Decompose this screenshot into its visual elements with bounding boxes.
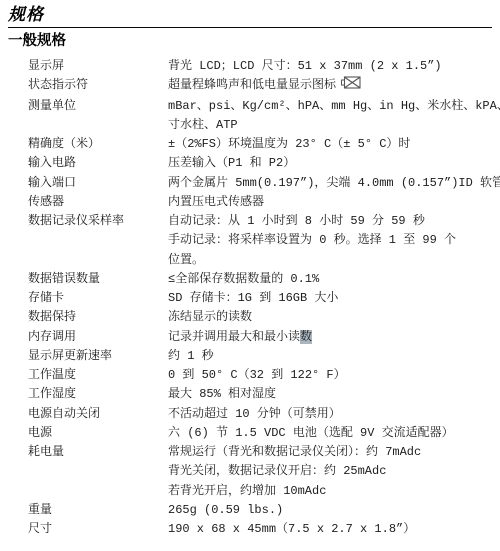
spec-value: 六 (6) 节 1.5 VDC 电池（选配 9V 交流适配器） (168, 424, 494, 443)
spec-label: 输入端口 (28, 174, 168, 193)
spec-label: 内存调用 (28, 328, 168, 347)
spec-value-line: mBar、psi、Kg/cm²、hPA、mm Hg、in Hg、米水柱、kPA、… (168, 97, 494, 116)
spec-row: 重量265g (0.59 lbs.) (28, 501, 494, 520)
spec-value: 自动记录：从 1 小时到 8 小时 59 分 59 秒手动记录：将采样率设置为 … (168, 212, 494, 270)
spec-row: 尺寸190 x 68 x 45mm（7.5 x 2.7 x 1.8”） (28, 520, 494, 539)
spec-value: 两个金属片 5mm(0.197”)，尖端 4.0mm (0.157”)ID 软管 (168, 174, 494, 193)
page-title: 规格 (8, 4, 494, 26)
spec-value: 内置压电式传感器 (168, 193, 494, 212)
spec-row: 测量单位mBar、psi、Kg/cm²、hPA、mm Hg、in Hg、米水柱、… (28, 97, 494, 136)
spec-value: SD 存储卡：1G 到 16GB 大小 (168, 289, 494, 308)
spec-value: 190 x 68 x 45mm（7.5 x 2.7 x 1.8”） (168, 520, 494, 539)
spec-value: 常规运行（背光和数据记录仪关闭）：约 7mAdc背光关闭，数据记录仪开启：约 2… (168, 443, 494, 501)
spec-row: 显示屏背光 LCD；LCD 尺寸：51 x 37mm (2 x 1.5”) (28, 57, 494, 76)
spec-value-line: 内置压电式传感器 (168, 193, 494, 212)
spec-value: 冻结显示的读数 (168, 308, 494, 327)
value-text: 内置压电式传感器 (168, 195, 264, 209)
spec-value: 0 到 50° C（32 到 122° F） (168, 366, 494, 385)
spec-value-line: SD 存储卡：1G 到 16GB 大小 (168, 289, 494, 308)
spec-row: 数据保持冻结显示的读数 (28, 308, 494, 327)
spec-row: 传感器内置压电式传感器 (28, 193, 494, 212)
spec-row: 工作湿度最大 85% 相对湿度 (28, 385, 494, 404)
spec-value-line: 190 x 68 x 45mm（7.5 x 2.7 x 1.8”） (168, 520, 494, 539)
spec-value-line: 背光 LCD；LCD 尺寸：51 x 37mm (2 x 1.5”) (168, 57, 494, 76)
spec-value-line: 若背光开启，约增加 10mAdc (168, 482, 494, 501)
value-text: 约 1 秒 (168, 349, 214, 363)
spec-label: 存储卡 (28, 289, 168, 308)
spec-value-line: ≤全部保存数据数量的 0.1% (168, 270, 494, 289)
spec-row: 数据错误数量≤全部保存数据数量的 0.1% (28, 270, 494, 289)
spec-label: 电源自动关闭 (28, 405, 168, 424)
spec-row: 输入电路压差输入（P1 和 P2） (28, 154, 494, 173)
spec-label: 数据保持 (28, 308, 168, 327)
spec-table: 显示屏背光 LCD；LCD 尺寸：51 x 37mm (2 x 1.5”)状态指… (8, 57, 494, 539)
spec-value-line: 手动记录：将采样率设置为 0 秒。选择 1 至 99 个 (168, 231, 494, 250)
value-text: 背光 LCD；LCD 尺寸：51 x 37mm (2 x 1.5”) (168, 59, 442, 73)
value-text: ≤全部保存数据数量的 0.1% (168, 272, 319, 286)
section-title: 一般规格 (8, 32, 494, 50)
spec-row: 状态指示符超量程蜂鸣声和低电量显示图标 (28, 76, 494, 96)
low-battery-crossed-icon (341, 76, 361, 96)
spec-value: 不活动超过 10 分钟（可禁用） (168, 405, 494, 424)
value-text: mBar、psi、Kg/cm²、hPA、mm Hg、in Hg、米水柱、kPA、… (168, 99, 500, 113)
spec-label: 尺寸 (28, 520, 168, 539)
spec-value-line: 0 到 50° C（32 到 122° F） (168, 366, 494, 385)
spec-row: 数据记录仪采样率自动记录：从 1 小时到 8 小时 59 分 59 秒手动记录：… (28, 212, 494, 270)
value-text: 手动记录：将采样率设置为 0 秒。选择 1 至 99 个 (168, 233, 456, 247)
value-text: 自动记录：从 1 小时到 8 小时 59 分 59 秒 (168, 214, 425, 228)
spec-value-line: 超量程蜂鸣声和低电量显示图标 (168, 76, 494, 96)
spec-value-line: 自动记录：从 1 小时到 8 小时 59 分 59 秒 (168, 212, 494, 231)
value-text: 不活动超过 10 分钟（可禁用） (168, 407, 341, 421)
value-text: 记录并调用最大和最小读 (168, 330, 300, 344)
spec-row: 显示屏更新速率约 1 秒 (28, 347, 494, 366)
spec-label: 重量 (28, 501, 168, 520)
spec-value: 压差输入（P1 和 P2） (168, 154, 494, 173)
spec-page: 规格 一般规格 显示屏背光 LCD；LCD 尺寸：51 x 37mm (2 x … (0, 0, 500, 539)
spec-value-line: ±（2%FS）环境温度为 23° C（± 5° C）时 (168, 135, 494, 154)
value-text: 常规运行（背光和数据记录仪关闭）：约 7mAdc (168, 445, 421, 459)
highlighted-text: 数 (300, 330, 312, 344)
spec-label: 显示屏更新速率 (28, 347, 168, 366)
spec-value-line: 位置。 (168, 251, 494, 270)
value-text: 190 x 68 x 45mm（7.5 x 2.7 x 1.8”） (168, 522, 415, 536)
spec-value-line: 冻结显示的读数 (168, 308, 494, 327)
spec-row: 电源六 (6) 节 1.5 VDC 电池（选配 9V 交流适配器） (28, 424, 494, 443)
spec-row: 电源自动关闭不活动超过 10 分钟（可禁用） (28, 405, 494, 424)
spec-value: mBar、psi、Kg/cm²、hPA、mm Hg、in Hg、米水柱、kPA、… (168, 97, 494, 136)
spec-row: 耗电量常规运行（背光和数据记录仪关闭）：约 7mAdc背光关闭，数据记录仪开启：… (28, 443, 494, 501)
spec-label: 显示屏 (28, 57, 168, 76)
spec-value: 背光 LCD；LCD 尺寸：51 x 37mm (2 x 1.5”) (168, 57, 494, 76)
spec-label: 状态指示符 (28, 76, 168, 95)
spec-label: 电源 (28, 424, 168, 443)
value-text: 背光关闭，数据记录仪开启：约 25mAdc (168, 464, 386, 478)
spec-value: ≤全部保存数据数量的 0.1% (168, 270, 494, 289)
value-text: 寸水柱、ATP (168, 118, 238, 132)
spec-value-line: 常规运行（背光和数据记录仪关闭）：约 7mAdc (168, 443, 494, 462)
value-text: 压差输入（P1 和 P2） (168, 156, 295, 170)
value-text: 若背光开启，约增加 10mAdc (168, 484, 326, 498)
spec-value: ±（2%FS）环境温度为 23° C（± 5° C）时 (168, 135, 494, 154)
spec-row: 存储卡SD 存储卡：1G 到 16GB 大小 (28, 289, 494, 308)
spec-label: 工作湿度 (28, 385, 168, 404)
value-text: 超量程蜂鸣声和低电量显示图标 (168, 78, 336, 92)
spec-label: 输入电路 (28, 154, 168, 173)
spec-value-line: 背光关闭，数据记录仪开启：约 25mAdc (168, 462, 494, 481)
spec-value-line: 寸水柱、ATP (168, 116, 494, 135)
spec-label: 传感器 (28, 193, 168, 212)
spec-value: 最大 85% 相对湿度 (168, 385, 494, 404)
spec-value: 记录并调用最大和最小读数 (168, 328, 494, 347)
value-text: 六 (6) 节 1.5 VDC 电池（选配 9V 交流适配器） (168, 426, 454, 440)
spec-label: 数据记录仪采样率 (28, 212, 168, 231)
spec-value: 超量程蜂鸣声和低电量显示图标 (168, 76, 494, 96)
value-text: ±（2%FS）环境温度为 23° C（± 5° C）时 (168, 137, 410, 151)
value-text: 最大 85% 相对湿度 (168, 387, 276, 401)
value-text: 265g (0.59 lbs.) (168, 503, 283, 517)
value-text: 冻结显示的读数 (168, 310, 252, 324)
spec-value-line: 不活动超过 10 分钟（可禁用） (168, 405, 494, 424)
spec-value-line: 记录并调用最大和最小读数 (168, 328, 494, 347)
spec-value-line: 最大 85% 相对湿度 (168, 385, 494, 404)
spec-label: 工作温度 (28, 366, 168, 385)
value-text: 位置。 (168, 253, 204, 267)
value-text: 0 到 50° C（32 到 122° F） (168, 368, 346, 382)
title-rule (8, 27, 492, 28)
spec-value-line: 265g (0.59 lbs.) (168, 501, 494, 520)
spec-value-line: 六 (6) 节 1.5 VDC 电池（选配 9V 交流适配器） (168, 424, 494, 443)
spec-row: 精确度（米）±（2%FS）环境温度为 23° C（± 5° C）时 (28, 135, 494, 154)
spec-value-line: 压差输入（P1 和 P2） (168, 154, 494, 173)
spec-label: 数据错误数量 (28, 270, 168, 289)
spec-row: 内存调用记录并调用最大和最小读数 (28, 328, 494, 347)
spec-value: 约 1 秒 (168, 347, 494, 366)
spec-label: 测量单位 (28, 97, 168, 116)
value-text: SD 存储卡：1G 到 16GB 大小 (168, 291, 338, 305)
spec-row: 输入端口两个金属片 5mm(0.197”)，尖端 4.0mm (0.157”)I… (28, 174, 494, 193)
spec-value-line: 约 1 秒 (168, 347, 494, 366)
spec-value: 265g (0.59 lbs.) (168, 501, 494, 520)
spec-row: 工作温度0 到 50° C（32 到 122° F） (28, 366, 494, 385)
value-text: 两个金属片 5mm(0.197”)，尖端 4.0mm (0.157”)ID 软管 (168, 176, 500, 190)
spec-value-line: 两个金属片 5mm(0.197”)，尖端 4.0mm (0.157”)ID 软管 (168, 174, 494, 193)
spec-label: 精确度（米） (28, 135, 168, 154)
spec-label: 耗电量 (28, 443, 168, 462)
